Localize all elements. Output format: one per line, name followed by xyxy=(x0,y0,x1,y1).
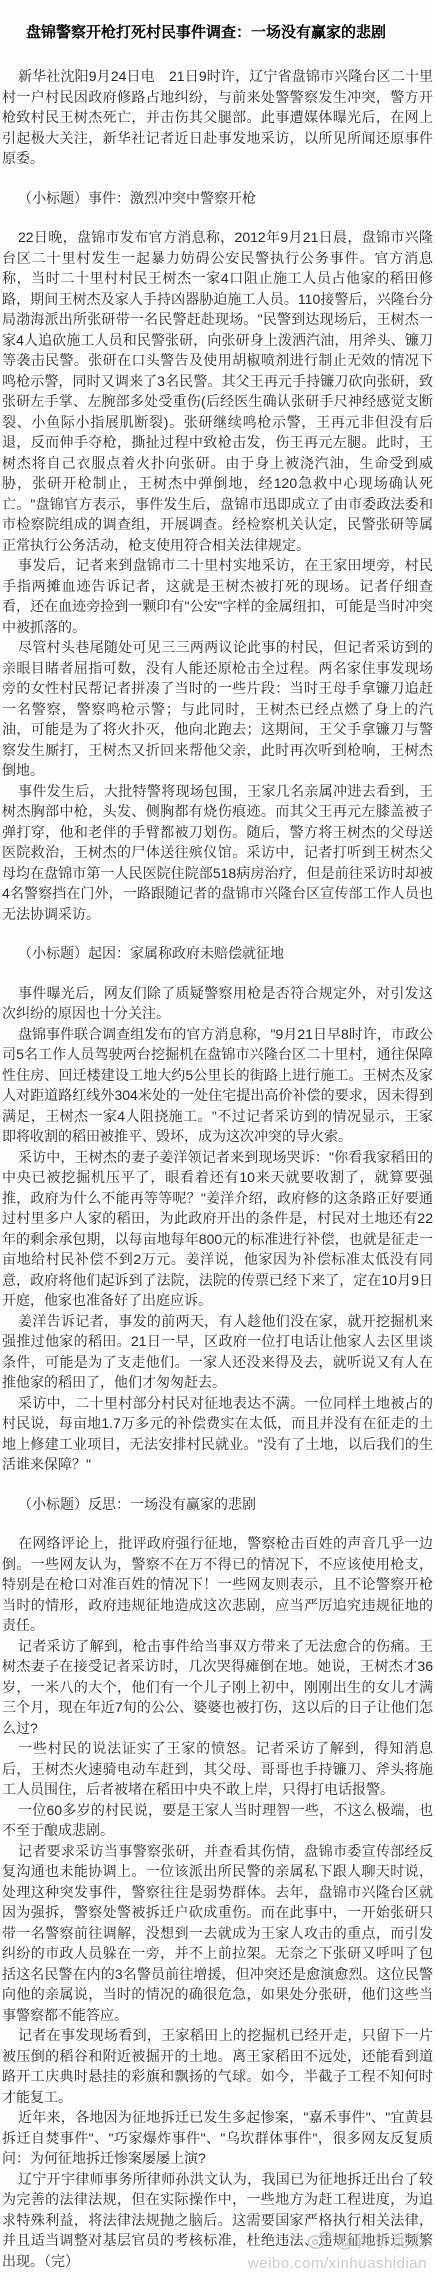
paragraph: 尽管村头巷尾随处可见三三两两议论此事的村民，但记者采访到的亲眼目睹者屈指可数，没… xyxy=(2,637,433,781)
weibo-logo-icon xyxy=(306,2227,333,2255)
paragraph: 事发后，记者来到盘锦市二十里村实地采访，在王家田埂旁，村民手指两摊血迹告诉记者，… xyxy=(2,555,433,637)
article-title: 盘锦警察开枪打死村民事件调查：一场没有赢家的悲剧 xyxy=(2,22,433,43)
paragraph: 记者在事发现场看到，王家稻田上的挖掘机已经开走，只留下一片被压倒的稻谷和附近被掘… xyxy=(2,2025,433,2107)
paragraph: 22日晚，盘锦市发布官方消息称，2012年9月21日晨，盘锦市兴隆台区二十里村发… xyxy=(2,227,433,555)
watermark-url: weibo.com/xinhuashidian xyxy=(248,2255,427,2274)
section-heading-incident: （小标题）事件：激烈冲突中警察开枪 xyxy=(2,188,433,209)
paragraph: 姜洋告诉记者，事发的前两天，有人趁他们没在家，就开挖掘机来强推过他家的稻田。21… xyxy=(2,1311,433,1393)
section-heading-cause: （小标题）起因：家属称政府未赔偿就征地 xyxy=(2,943,433,964)
paragraph: 一些村民的说法证实了王家的愤怒。记者采访了解到，得知消息后，王树杰火速骑电动车赶… xyxy=(2,1738,433,1800)
paragraph: 记者采访了解到，枪击事件给当事双方带来了无法愈合的伤痛。王树杰妻子在接受记者采访… xyxy=(2,1636,433,1739)
paragraph: 事件发生后，大批特警将现场包围，王家几名亲属冲进去看到，王树杰胸部中枪，头发、侧… xyxy=(2,781,433,925)
paragraph: 记者要求采访当事警察张研，并查看其伤情，盘锦市委宣传部经反复沟通也未能协调上。一… xyxy=(2,1841,433,2026)
paragraph: 盘锦事件联合调查组发布的官方消息称，"9月21日早8时许，市政公司5名工作人员驾… xyxy=(2,1024,433,1147)
paragraph: 采访中，王树杰的妻子姜洋领记者来到现场哭诉："你看我家稻田的中央已被挖掘机压平了… xyxy=(2,1147,433,1311)
paragraph: 采访中，二十里村部分村民对征地表达不满。一位同样土地被占的村民说，每亩地1.7万… xyxy=(2,1393,433,1475)
paragraph: 近年来，各地因为征地拆迁已发生多起惨案，"嘉禾事件"、"宜黄县拆迁自焚事件"、"… xyxy=(2,2107,433,2169)
paragraph-lead: 新华社沈阳9月24日电 21日9时许，辽宁省盘锦市兴隆台区二十里村一户村民因政府… xyxy=(2,66,433,169)
paragraph: 事件曝光后，网友们除了质疑警察用枪是否符合规定外，对引发这次纠纷的原因也十分关注… xyxy=(2,983,433,1024)
paragraph: 在网络评论上，批评政府强行征地，警察枪击百姓的声音几乎一边倒。一些网友认为，警察… xyxy=(2,1533,433,1636)
watermark-handle: @新华视点 xyxy=(337,2231,427,2252)
section-heading-reflection: （小标题）反思：一场没有赢家的悲剧 xyxy=(2,1494,433,1515)
weibo-watermark: @新华视点 weibo.com/xinhuashidian xyxy=(248,2227,427,2274)
paragraph: 一位60多岁的村民说，要是王家人当时理智一些，不这么极端，也不至于酿成悲剧。 xyxy=(2,1800,433,1841)
news-article: 盘锦警察开枪打死村民事件调查：一场没有赢家的悲剧 新华社沈阳9月24日电 21日… xyxy=(0,0,435,2271)
